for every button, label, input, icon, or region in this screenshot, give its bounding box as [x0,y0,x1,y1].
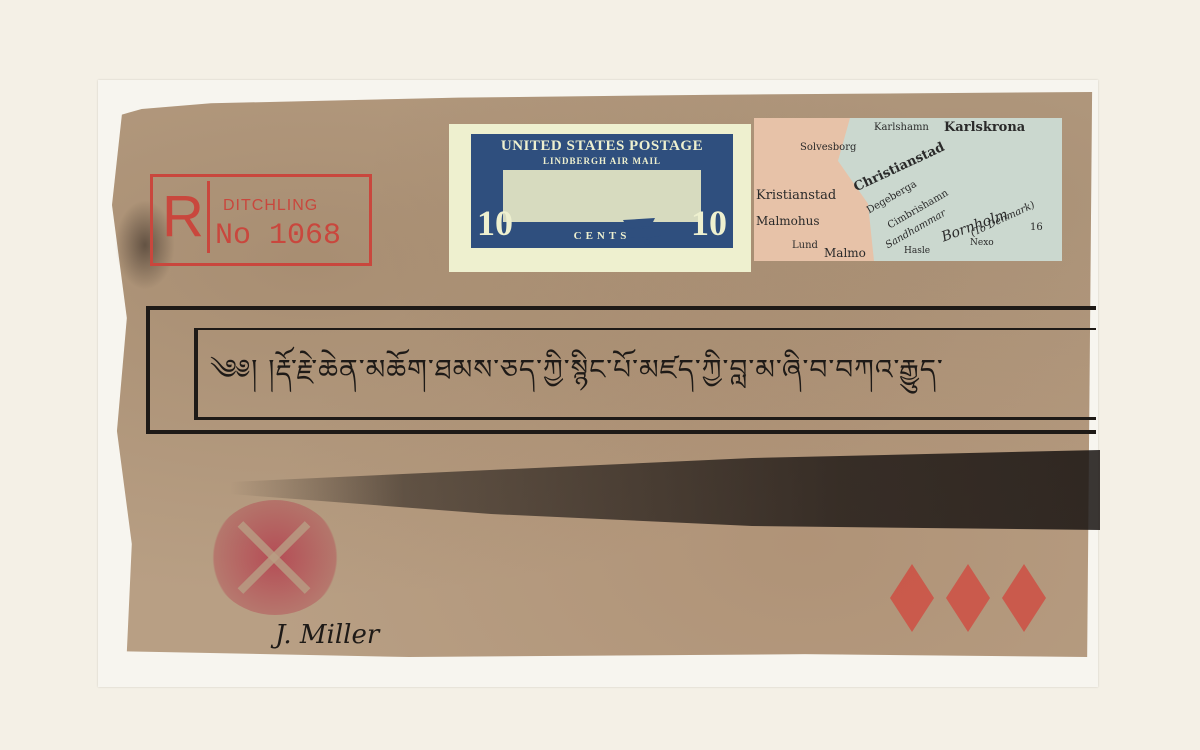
stamp-frame: UNITED STATES POSTAGE LINDBERGH AIR MAIL… [471,134,733,248]
map-label: Hasle [904,246,930,256]
map-label: Karlskrona [944,120,1025,135]
map-label: Lund [792,240,818,251]
stamp-vignette [503,170,701,222]
registration-number: No 1068 [215,219,341,253]
registration-label: R DITCHLING No 1068 [150,174,372,266]
tibetan-text: ༄༅། །རྡོ་རྗེ་ཆེན་མཆོག་ཐམས་ཅད་ཀྱི་སྙིང་པོ… [210,338,944,417]
red-seal [210,500,340,615]
registration-letter: R [159,181,210,253]
map-fragment: Karlshamn Karlskrona Solvesborg Christia… [754,118,1062,261]
stamp-title: UNITED STATES POSTAGE [471,138,733,155]
stamp-subtitle: LINDBERGH AIR MAIL [471,156,733,166]
artist-signature: J. Miller [275,620,379,650]
map-label: 16 [1030,222,1043,233]
stamp-cents: CENTS [541,230,663,242]
tibetan-text-frame: ༄༅། །རྡོ་རྗེ་ཆེན་མཆོག་ཐམས་ཅད་ཀྱི་སྙིང་པོ… [146,306,1096,434]
map-label: Malmo [824,246,866,260]
lindbergh-stamp: UNITED STATES POSTAGE LINDBERGH AIR MAIL… [449,124,751,272]
map-label: Solvesborg [800,142,856,153]
map-label: Nexo [970,238,994,248]
stamp-denomination-right: 10 [691,202,727,244]
map-label: Malmohus [756,214,820,228]
stamp-denomination-left: 10 [477,202,513,244]
map-label: Kristianstad [756,188,836,203]
map-label: Karlshamn [874,122,929,133]
registration-town: DITCHLING [223,197,318,215]
